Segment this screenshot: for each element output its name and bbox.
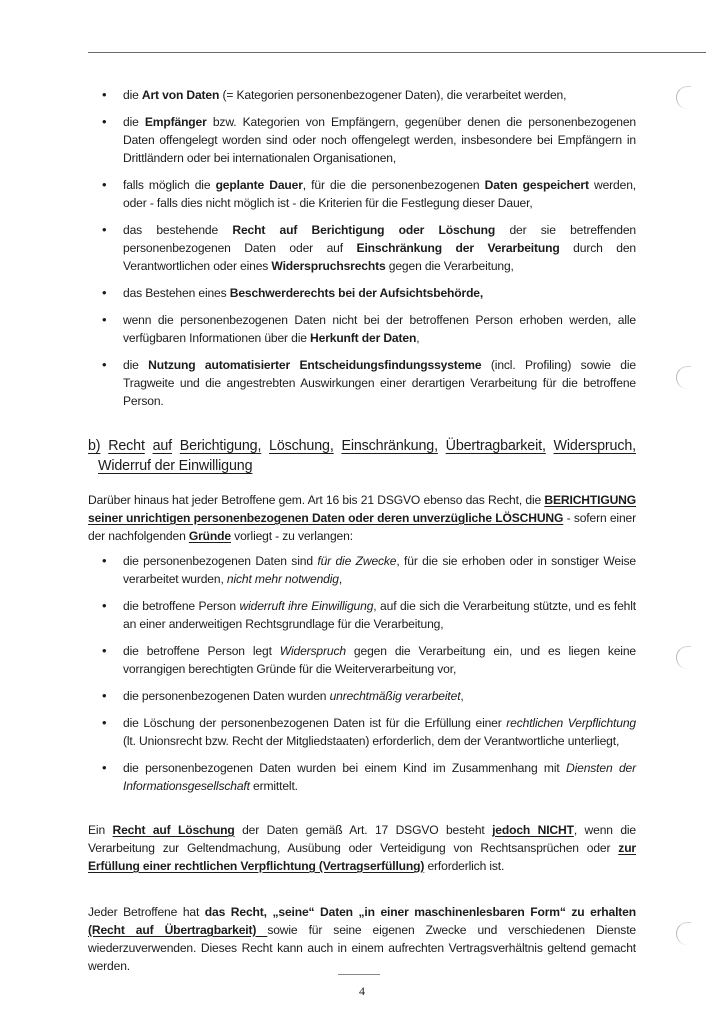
list-item: die Art von Daten (= Kategorien personen… xyxy=(88,86,636,104)
heading-word: Löschung, xyxy=(269,436,334,456)
heading-word: auf xyxy=(153,436,172,456)
list-item: die personenbezogenen Daten sind für die… xyxy=(88,552,636,588)
section-heading-line1: b)RechtaufBerichtigung,Löschung,Einschrä… xyxy=(88,436,636,456)
section-heading-line2: Widerruf der Einwilligung xyxy=(88,456,636,476)
information-rights-list: die Art von Daten (= Kategorien personen… xyxy=(88,86,636,410)
punch-hole-mark xyxy=(676,86,691,109)
list-item: die betroffene Person legt Widerspruch g… xyxy=(88,642,636,678)
portability-paragraph: Jeder Betroffene hat das Recht, „seine“ … xyxy=(88,903,636,975)
heading-word: Berichtigung, xyxy=(180,436,262,456)
list-item: die Löschung der personenbezogenen Daten… xyxy=(88,714,636,750)
header-rule xyxy=(88,52,706,53)
list-item: die Nutzung automatisierter Entscheidung… xyxy=(88,356,636,410)
list-item: wenn die personenbezogenen Daten nicht b… xyxy=(88,311,636,347)
list-item: die personenbezogenen Daten wurden unrec… xyxy=(88,687,636,705)
list-item: die Empfänger bzw. Kategorien von Empfän… xyxy=(88,113,636,167)
list-item: die personenbezogenen Daten wurden bei e… xyxy=(88,759,636,795)
heading-word: Einschränkung, xyxy=(341,436,437,456)
punch-hole-mark xyxy=(676,366,691,389)
intro-paragraph: Darüber hinaus hat jeder Betroffene gem.… xyxy=(88,491,636,545)
punch-hole-mark xyxy=(676,922,691,945)
list-item: die betroffene Person widerruft ihre Ein… xyxy=(88,597,636,633)
list-item: falls möglich die geplante Dauer, für di… xyxy=(88,176,636,212)
list-item: das Bestehen eines Beschwerderechts bei … xyxy=(88,284,636,302)
footer-rule xyxy=(338,974,380,975)
page-content: die Art von Daten (= Kategorien personen… xyxy=(88,86,636,975)
heading-word: b) xyxy=(88,436,100,456)
erasure-exception-paragraph: Ein Recht auf Löschung der Daten gemäß A… xyxy=(88,821,636,875)
section-heading-b: b)RechtaufBerichtigung,Löschung,Einschrä… xyxy=(88,436,636,476)
heading-word: Übertragbarkeit, xyxy=(446,436,546,456)
heading-word: Widerspruch, xyxy=(554,436,636,456)
page-number: 4 xyxy=(0,984,724,999)
erasure-reasons-list: die personenbezogenen Daten sind für die… xyxy=(88,552,636,795)
punch-hole-mark xyxy=(676,646,691,669)
list-item: das bestehende Recht auf Berichtigung od… xyxy=(88,221,636,275)
heading-word: Recht xyxy=(108,436,145,456)
